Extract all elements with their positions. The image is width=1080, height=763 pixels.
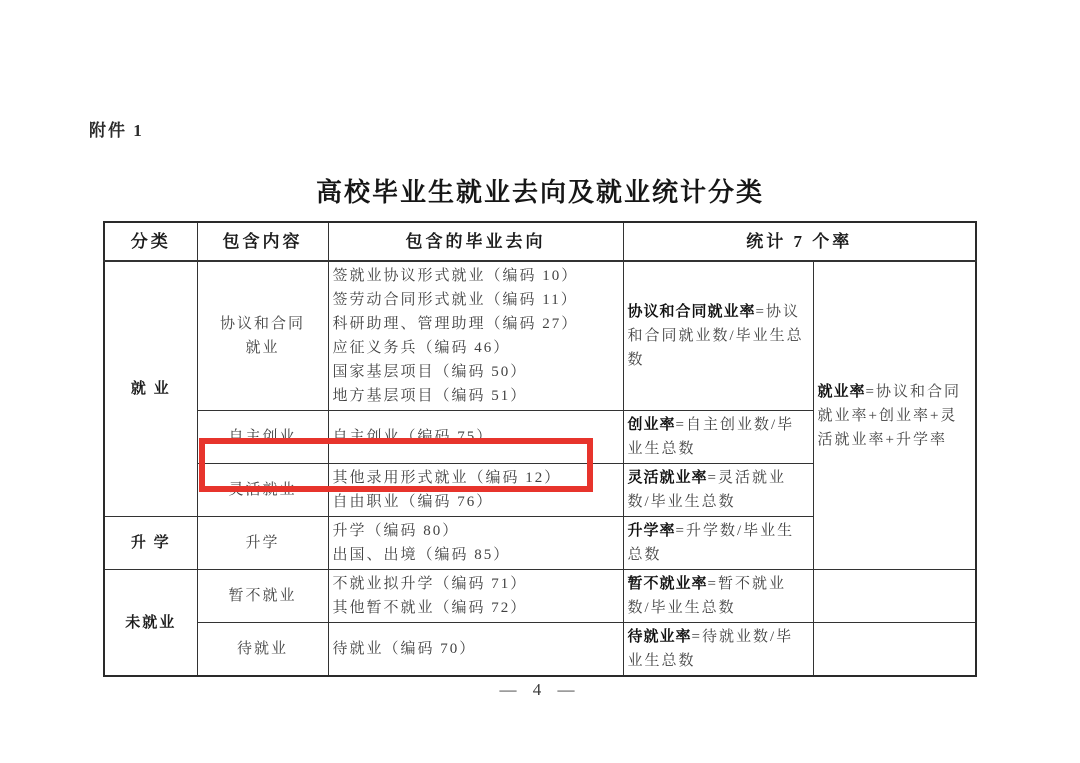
summary-rate-term: 就业率 [818,384,866,400]
rate-term: 创业率 [628,417,676,433]
content-cell: 灵活就业 [197,464,328,517]
table-row-temporarily-unemployed: 未就业 暂不就业 不就业拟升学（编码 71） 其他暂不就业（编码 72） 暂不就… [104,570,976,623]
content-cell: 暂不就业 [197,570,328,623]
category-cell-further-study: 升 学 [104,517,197,570]
content-cell: 协议和合同 就业 [197,261,328,411]
category-cell-unemployed: 未就业 [104,570,197,677]
header-content: 包含内容 [197,222,328,261]
rate-cell: 灵活就业率=灵活就业数/毕业生总数 [623,464,813,517]
classification-table: 分类 包含内容 包含的毕业去向 统计 7 个率 就 业 协议和合同 就业 签就业… [103,221,977,677]
rate-term: 协议和合同就业率 [628,304,756,320]
table-header-row: 分类 包含内容 包含的毕业去向 统计 7 个率 [104,222,976,261]
rate-term: 暂不就业率 [628,576,708,592]
table-row-awaiting-employment: 待就业 待就业（编码 70） 待就业率=待就业数/毕业生总数 [104,623,976,677]
table-row-agreement-employment: 就 业 协议和合同 就业 签就业协议形式就业（编码 10） 签劳动合同形式就业（… [104,261,976,411]
rate-cell: 暂不就业率=暂不就业数/毕业生总数 [623,570,813,623]
destinations-cell: 签就业协议形式就业（编码 10） 签劳动合同形式就业（编码 11） 科研助理、管… [328,261,623,411]
summary-rate-cell: 就业率=协议和合同就业率+创业率+灵活就业率+升学率 [813,261,976,570]
header-rates: 统计 7 个率 [623,222,976,261]
header-category: 分类 [104,222,197,261]
rate-cell: 协议和合同就业率=协议和合同就业数/毕业生总数 [623,261,813,411]
rate-cell: 升学率=升学数/毕业生总数 [623,517,813,570]
empty-cell [813,623,976,677]
destinations-cell: 升学（编码 80） 出国、出境（编码 85） [328,517,623,570]
attachment-label: 附件 1 [89,116,144,141]
rate-cell: 创业率=自主创业数/毕业生总数 [623,411,813,464]
document-page: 附件 1 高校毕业生就业去向及就业统计分类 分类 包含内容 包含的毕业去向 统计… [0,0,1080,763]
destinations-cell: 自主创业（编码 75） [328,411,623,464]
rate-term: 升学率 [628,523,676,539]
page-title: 高校毕业生就业去向及就业统计分类 [0,172,1080,209]
destinations-cell: 其他录用形式就业（编码 12） 自由职业（编码 76） [328,464,623,517]
content-cell: 自主创业 [197,411,328,464]
page-number: — 4 — [0,680,1080,700]
category-cell-employed: 就 业 [104,261,197,517]
destinations-cell: 不就业拟升学（编码 71） 其他暂不就业（编码 72） [328,570,623,623]
rate-term: 灵活就业率 [628,470,708,486]
destinations-cell: 待就业（编码 70） [328,623,623,677]
content-cell: 待就业 [197,623,328,677]
header-destinations: 包含的毕业去向 [328,222,623,261]
empty-cell [813,570,976,623]
rate-term: 待就业率 [628,629,692,645]
content-cell: 升学 [197,517,328,570]
rate-cell: 待就业率=待就业数/毕业生总数 [623,623,813,677]
